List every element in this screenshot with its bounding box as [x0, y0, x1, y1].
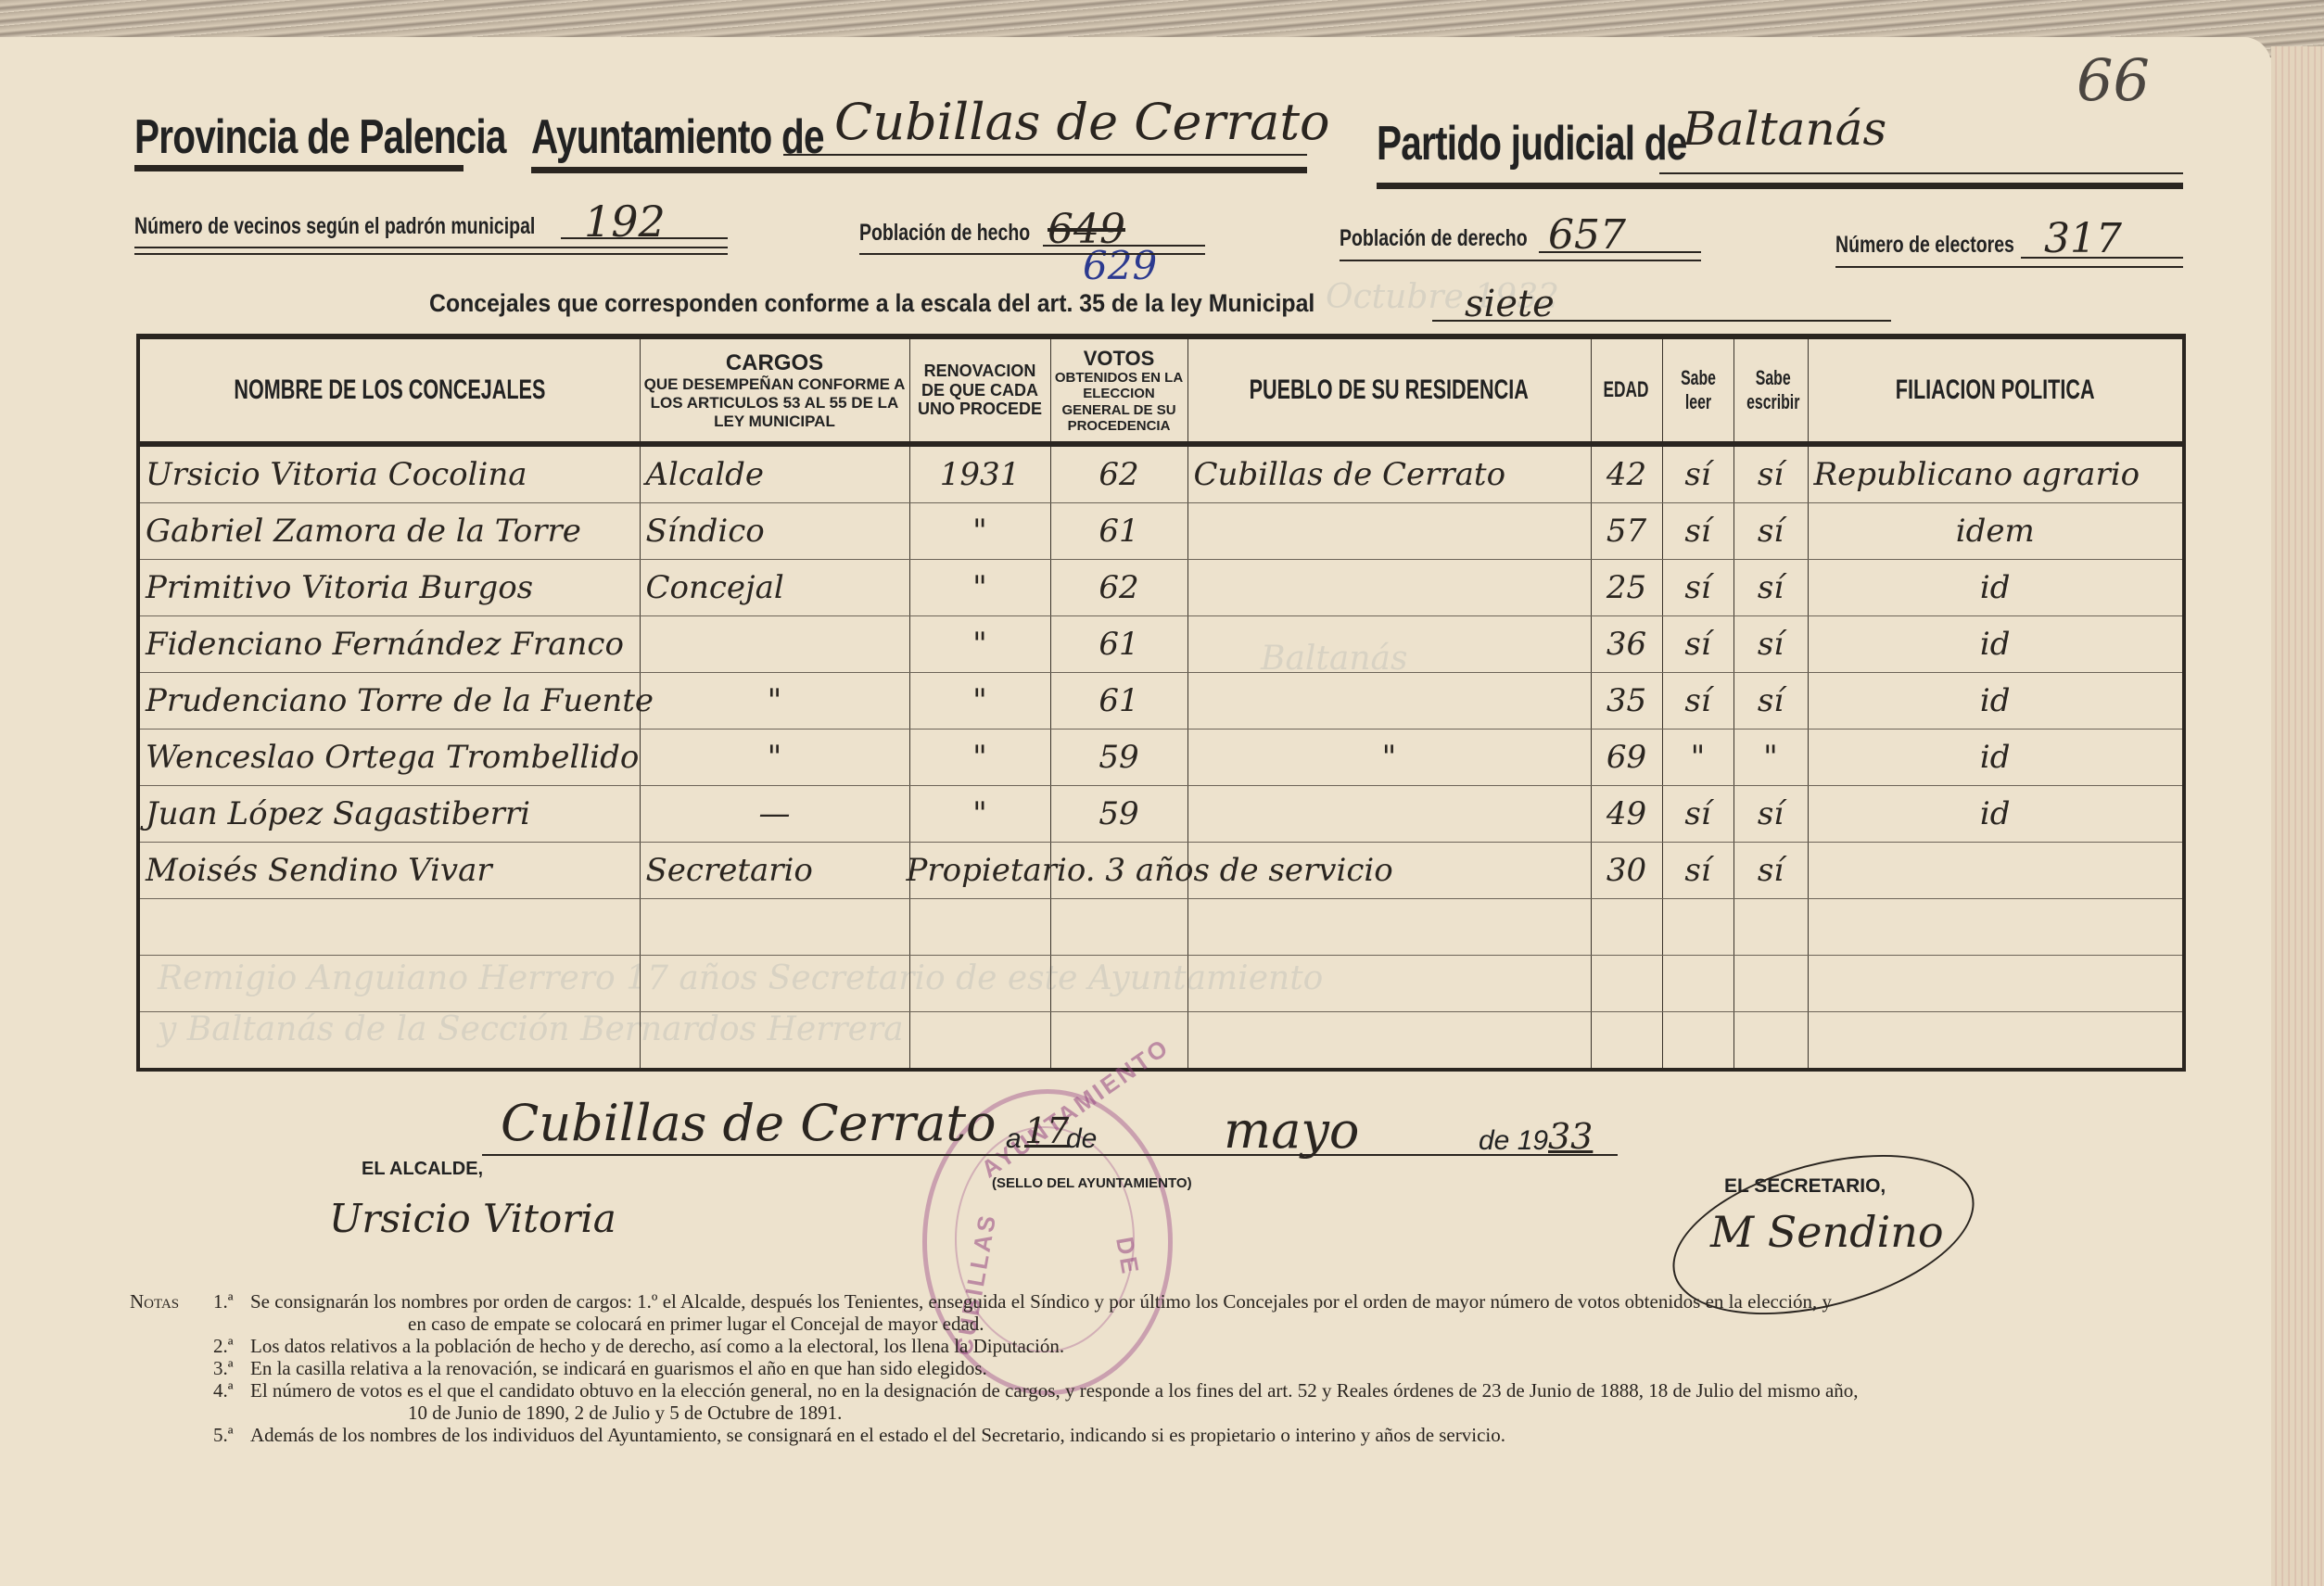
note-item: 2.ª Los datos relativos a la población d… — [130, 1335, 2225, 1357]
table-row: Fidenciano Fernández Franco " 61 36 sí s… — [138, 616, 2184, 673]
partido-value: Baltanás — [1683, 102, 1886, 156]
ayuntamiento-label: Ayuntamiento de — [531, 109, 824, 165]
field-line — [859, 253, 1205, 255]
cell-escribir: sí — [1733, 560, 1808, 616]
cell-leer: sí — [1662, 444, 1733, 503]
cell-filiacion: Republicano agrario — [1808, 444, 2184, 503]
field-line — [1835, 266, 2183, 268]
cell-renovacion: " — [909, 786, 1050, 843]
cell-escribir: sí — [1733, 786, 1808, 843]
cell-cargo: — — [640, 786, 909, 843]
col-header-renovacion: RENOVACION DE QUE CADA UNO PROCEDE — [909, 336, 1050, 444]
cell-escribir: sí — [1733, 616, 1808, 673]
electores-value: 317 — [2044, 215, 2122, 262]
date-de: de — [1066, 1123, 1097, 1155]
cell-renovacion: 1931 — [909, 444, 1050, 503]
sello-label: (SELLO DEL AYUNTAMIENTO) — [992, 1175, 1192, 1191]
cell-nombre: Fidenciano Fernández Franco — [138, 616, 640, 673]
cell-edad: 57 — [1591, 503, 1662, 560]
cell-escribir: sí — [1733, 444, 1808, 503]
cell-leer: sí — [1662, 560, 1733, 616]
cell-cargo: Síndico — [640, 503, 909, 560]
cell-renovacion: " — [909, 503, 1050, 560]
note-item: 3.ª En la casilla relativa a la renovaci… — [130, 1357, 2225, 1379]
poblacion-hecho-corrected: 629 — [1083, 243, 1157, 288]
table-row: Prudenciano Torre de la Fuente " " 61 35… — [138, 673, 2184, 730]
page-edge — [2271, 46, 2324, 1586]
col-header-edad: EDAD — [1591, 336, 1662, 444]
cell-cargo: Secretario — [640, 843, 909, 899]
col-header-filiacion: FILIACION POLITICA — [1808, 336, 2184, 444]
provincia-title: Provincia de Palencia — [134, 109, 506, 165]
cell-edad: 42 — [1591, 444, 1662, 503]
page-number: 66 — [2076, 46, 2150, 114]
cell-filiacion: id — [1808, 730, 2184, 786]
field-line — [134, 247, 728, 248]
cell-escribir: sí — [1733, 673, 1808, 730]
date-month: mayo — [1224, 1101, 1359, 1160]
table-row-empty — [138, 956, 2184, 1012]
place-value: Cubillas de Cerrato — [501, 1094, 997, 1152]
cell-escribir: " — [1733, 730, 1808, 786]
concejales-table: NOMBRE DE LOS CONCEJALES CARGOS QUE DESE… — [136, 334, 2186, 1072]
cell-renovacion: Propietario. 3 años de servicio — [909, 843, 1050, 899]
notes-section: Notas 1.ª Se consignarán los nombres por… — [130, 1290, 2225, 1446]
table-row: Gabriel Zamora de la Torre Síndico " 61 … — [138, 503, 2184, 560]
alcalde-signature: Ursicio Vitoria — [329, 1196, 616, 1241]
cell-cargo: " — [640, 730, 909, 786]
cell-escribir: sí — [1733, 503, 1808, 560]
cell-renovacion: " — [909, 730, 1050, 786]
cell-edad: 35 — [1591, 673, 1662, 730]
cell-edad: 30 — [1591, 843, 1662, 899]
table-row: Wenceslao Ortega Trombellido " " 59 " 69… — [138, 730, 2184, 786]
cell-edad: 25 — [1591, 560, 1662, 616]
table-row: Ursicio Vitoria Cocolina Alcalde 1931 62… — [138, 444, 2184, 503]
alcalde-label: EL ALCALDE, — [362, 1159, 483, 1180]
field-line — [2021, 257, 2183, 259]
cell-pueblo: Cubillas de Cerrato — [1187, 444, 1591, 503]
concejales-label: Concejales que corresponden conforme a l… — [429, 289, 1314, 318]
col-header-leer: Sabe leer — [1662, 336, 1733, 444]
cell-votos: 61 — [1050, 616, 1187, 673]
col-header-escribir: Sabe escribir — [1733, 336, 1808, 444]
field-line — [1043, 245, 1205, 247]
field-line — [561, 237, 728, 239]
cell-leer: sí — [1662, 616, 1733, 673]
date-year: 33 — [1548, 1116, 1593, 1157]
field-line — [134, 253, 728, 255]
cell-votos: 61 — [1050, 673, 1187, 730]
cell-filiacion: id — [1808, 673, 2184, 730]
cell-filiacion — [1808, 843, 2184, 899]
vecinos-label: Número de vecinos según el padrón munici… — [134, 213, 535, 240]
table-row-secretario: Moisés Sendino Vivar Secretario Propieta… — [138, 843, 2184, 899]
col-header-nombre: NOMBRE DE LOS CONCEJALES — [138, 336, 640, 444]
note-item: Notas 1.ª Se consignarán los nombres por… — [130, 1290, 2225, 1313]
cell-filiacion: idem — [1808, 503, 2184, 560]
col-header-votos: VOTOS OBTENIDOS EN LA ELECCION GENERAL D… — [1050, 336, 1187, 444]
table-row: Juan López Sagastiberri — " 59 49 sí sí … — [138, 786, 2184, 843]
cell-edad: 36 — [1591, 616, 1662, 673]
cell-cargo: Alcalde — [640, 444, 909, 503]
cell-renovacion: " — [909, 673, 1050, 730]
cell-nombre: Ursicio Vitoria Cocolina — [138, 444, 640, 503]
ayuntamiento-value: Cubillas de Cerrato — [834, 93, 1330, 151]
date-year-prefix: de 19 — [1479, 1125, 1548, 1157]
cell-cargo — [640, 616, 909, 673]
field-line — [1539, 251, 1701, 253]
col-header-cargos: CARGOS QUE DESEMPEÑAN CONFORME A LOS ART… — [640, 336, 909, 444]
table-header-row: NOMBRE DE LOS CONCEJALES CARGOS QUE DESE… — [138, 336, 2184, 444]
note-item: 5.ª Además de los nombres de los individ… — [130, 1424, 2225, 1446]
cell-votos: 62 — [1050, 560, 1187, 616]
cell-votos: 61 — [1050, 503, 1187, 560]
cell-pueblo — [1187, 503, 1591, 560]
cell-edad: 49 — [1591, 786, 1662, 843]
cell-pueblo — [1187, 673, 1591, 730]
cell-filiacion: id — [1808, 616, 2184, 673]
cell-leer: sí — [1662, 673, 1733, 730]
cell-nombre: Wenceslao Ortega Trombellido — [138, 730, 640, 786]
title-underline — [134, 165, 464, 171]
table-row-empty — [138, 899, 2184, 956]
cell-pueblo: " — [1187, 730, 1591, 786]
cell-escribir: sí — [1733, 843, 1808, 899]
cell-votos: 62 — [1050, 444, 1187, 503]
cell-filiacion: id — [1808, 560, 2184, 616]
col-header-pueblo: PUEBLO DE SU RESIDENCIA — [1187, 336, 1591, 444]
cell-cargo: Concejal — [640, 560, 909, 616]
cell-nombre: Juan López Sagastiberri — [138, 786, 640, 843]
cell-leer: sí — [1662, 503, 1733, 560]
poblacion-hecho-label: Población de hecho — [859, 220, 1030, 247]
poblacion-derecho-label: Población de derecho — [1340, 225, 1528, 252]
field-line — [1659, 172, 2183, 174]
cell-nombre: Prudenciano Torre de la Fuente — [138, 673, 640, 730]
cell-nombre: Primitivo Vitoria Burgos — [138, 560, 640, 616]
title-underline — [1377, 183, 2183, 189]
cell-nombre: Moisés Sendino Vivar — [138, 843, 640, 899]
date-day: 17 — [1024, 1110, 1069, 1151]
field-line — [783, 154, 1307, 156]
cell-leer: sí — [1662, 786, 1733, 843]
cell-votos: 59 — [1050, 730, 1187, 786]
cell-renovacion: " — [909, 560, 1050, 616]
title-underline — [531, 167, 1307, 173]
cell-pueblo — [1187, 786, 1591, 843]
cell-nombre: Gabriel Zamora de la Torre — [138, 503, 640, 560]
date-a: a — [1006, 1123, 1022, 1155]
note-item: 4.ª El número de votos es el que el cand… — [130, 1379, 2225, 1402]
cell-edad: 69 — [1591, 730, 1662, 786]
cell-pueblo — [1187, 560, 1591, 616]
cell-filiacion: id — [1808, 786, 2184, 843]
cell-leer: " — [1662, 730, 1733, 786]
table-row: Primitivo Vitoria Burgos Concejal " 62 2… — [138, 560, 2184, 616]
electores-label: Número de electores — [1835, 232, 2014, 259]
date-line — [482, 1154, 1618, 1156]
cell-votos: 59 — [1050, 786, 1187, 843]
field-line — [1432, 320, 1891, 322]
cell-renovacion: " — [909, 616, 1050, 673]
cell-pueblo — [1187, 616, 1591, 673]
cell-leer: sí — [1662, 843, 1733, 899]
field-line — [1340, 260, 1701, 261]
cell-cargo: " — [640, 673, 909, 730]
partido-label: Partido judicial de — [1377, 116, 1687, 171]
